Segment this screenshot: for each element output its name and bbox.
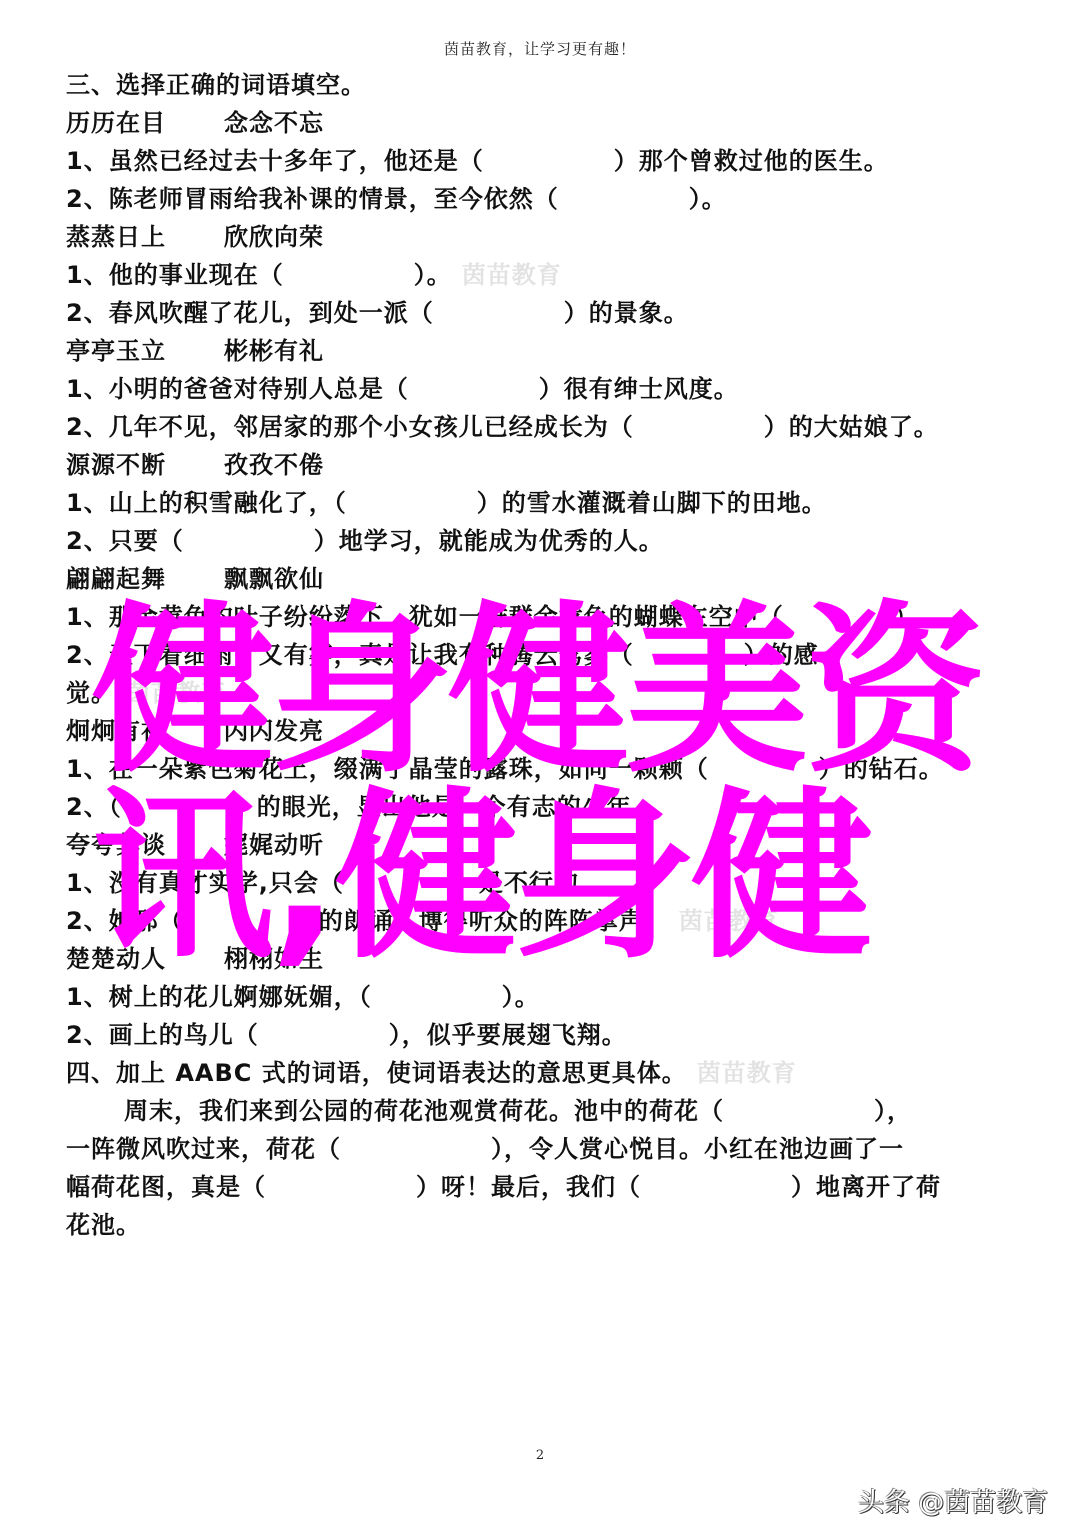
word-option: 飘飘欲仙 — [224, 560, 324, 598]
sentence-after-blank: ）的朗诵，博得听众的阵阵掌声。 — [294, 907, 669, 935]
fill-blank-sentence: 觉。茵苗教育 — [66, 674, 1026, 712]
fill-blank-sentence: 2、春风吹醒了花儿，到处一派（）的景象。 — [66, 294, 1026, 332]
section-4-title-text: 四、加上 AABC 式的词语，使词语表达的意思更具体。 — [66, 1059, 687, 1087]
sentence-after-blank: ）的感 — [744, 641, 819, 669]
sentence-before-blank: 2、几年不见，邻居家的那个小女孩儿已经成长为（ — [66, 413, 634, 441]
sentence-after-blank: ）的钻石。 — [819, 755, 944, 783]
watermark-text: 茵苗教育 — [697, 1059, 797, 1087]
word-option: 娓娓动听 — [224, 826, 324, 864]
watermark-text: 茵苗教育 — [126, 679, 226, 707]
word-option: 欣欣向荣 — [224, 218, 324, 256]
toutiao-watermark: 头条 @茵苗教育 — [858, 1482, 1048, 1519]
sentence-before-blank: 1、虽然已经过去十多年了，他还是（ — [66, 147, 484, 175]
section-4-paragraph: 周末，我们来到公园的荷花池观赏荷花。池中的荷花（ ）， 一阵微风吹过来，荷花（ … — [66, 1092, 1018, 1244]
word-option: 孜孜不倦 — [224, 446, 324, 484]
paragraph-line: 一阵微风吹过来，荷花（ ），令人赏心悦目。小红在池边画了一 — [66, 1130, 1018, 1168]
fill-blank-sentence: 2、她那（）的朗诵，博得听众的阵阵掌声。茵苗教育 — [66, 902, 1026, 940]
sentence-before-blank: 2、天下着细雨，又有雾，真是让我有种腾云驾雾（ — [66, 641, 634, 669]
sentence-before-blank: 2、陈老师冒雨给我补课的情景，至今依然（ — [66, 185, 559, 213]
sentence-after-blank: ）。 — [414, 261, 452, 289]
fill-blank-sentence: 1、在一朵紫色菊花上，缀满了晶莹的露珠，如同一颗颗（）的钻石。 — [66, 750, 1026, 788]
sentence-after-blank: ）地学习，就能成为优秀的人。 — [314, 527, 664, 555]
sentence-after-blank: ）的景象。 — [564, 299, 689, 327]
sentence-after-blank: ）。 — [894, 603, 932, 631]
sentence-before-blank: 2、（ — [66, 793, 122, 821]
watermark-text: 茵苗教育 — [462, 261, 562, 289]
fill-blank-sentence: 2、天下着细雨，又有雾，真是让我有种腾云驾雾（）的感 — [66, 636, 1026, 674]
sentence-after-blank: ）是不行的。 — [454, 869, 604, 897]
paragraph-line: 花池。 — [66, 1206, 1018, 1244]
watermark-text: 茵苗教育 — [679, 907, 779, 935]
sentence-before-blank: 2、只要（ — [66, 527, 184, 555]
page-number: 2 — [0, 1448, 1080, 1463]
sentence-after-blank: ），似乎要展翅飞翔。 — [389, 1021, 627, 1049]
fill-blank-sentence: 2、画上的鸟儿（），似乎要展翅飞翔。 — [66, 1016, 1026, 1054]
page-header-slogan: 茵苗教育，让学习更有趣！ — [0, 38, 1080, 59]
word-option: 彬彬有礼 — [224, 332, 324, 370]
fill-blank-sentence: 1、山上的积雪融化了，（）的雪水灌溉着山脚下的田地。 — [66, 484, 1026, 522]
word-option: 亭亭玉立 — [66, 337, 166, 365]
word-option: 楚楚动人 — [66, 945, 166, 973]
sentence-after-blank: ）的雪水灌溉着山脚下的田地。 — [477, 489, 827, 517]
section-4-title: 四、加上 AABC 式的词语，使词语表达的意思更具体。茵苗教育 — [66, 1054, 1026, 1092]
word-option: 历历在目 — [66, 109, 166, 137]
fill-blank-sentence: 1、小明的爸爸对待别人总是（）很有绅士风度。 — [66, 370, 1026, 408]
fill-blank-sentence: 1、树上的花儿婀娜妩媚，（）。 — [66, 978, 1026, 1016]
fill-blank-sentence: 2、只要（）地学习，就能成为优秀的人。 — [66, 522, 1026, 560]
sentence-before-blank: 1、在一朵紫色菊花上，缀满了晶莹的露珠，如同一颗颗（ — [66, 755, 709, 783]
word-option: 蒸蒸日上 — [66, 223, 166, 251]
word-groups: 历历在目念念不忘1、虽然已经过去十多年了，他还是（）那个曾救过他的医生。2、陈老… — [66, 104, 1026, 1054]
paragraph-line: 幅荷花图，真是（ ）呀！最后，我们（ ）地离开了荷 — [66, 1168, 1018, 1206]
fill-blank-sentence: 2、（）的眼光，显出他是一个有志的少年。 — [66, 788, 1026, 826]
word-pair: 蒸蒸日上欣欣向荣 — [66, 218, 1026, 256]
word-pair: 源源不断孜孜不倦 — [66, 446, 1026, 484]
sentence-after-blank: ）。 — [502, 983, 540, 1011]
word-pair: 夸夸其谈娓娓动听 — [66, 826, 1026, 864]
word-option: 夸夸其谈 — [66, 831, 166, 859]
sentence-before-blank: 1、树上的花儿婀娜妩媚，（ — [66, 983, 372, 1011]
word-pair: 炯炯有神闪闪发亮 — [66, 712, 1026, 750]
fill-blank-sentence: 2、陈老师冒雨给我补课的情景，至今依然（）。 — [66, 180, 1026, 218]
word-pair: 翩翩起舞飘飘欲仙 — [66, 560, 1026, 598]
sentence-before-blank: 1、他的事业现在（ — [66, 261, 284, 289]
sentence-after-blank: ）很有绅士风度。 — [539, 375, 739, 403]
word-pair: 历历在目念念不忘 — [66, 104, 1026, 142]
sentence-after-blank: ）。 — [689, 185, 727, 213]
fill-blank-sentence: 1、虽然已经过去十多年了，他还是（）那个曾救过他的医生。 — [66, 142, 1026, 180]
fill-blank-sentence: 1、那金黄色的叶子纷纷落下，犹如一群群金黄色的蝴蝶在空中（）。 — [66, 598, 1026, 636]
fill-blank-sentence: 1、没有真才实学,只会（）是不行的。 — [66, 864, 1026, 902]
fill-blank-sentence: 1、他的事业现在（）。茵苗教育 — [66, 256, 1026, 294]
sentence-before-blank: 2、春风吹醒了花儿，到处一派（ — [66, 299, 434, 327]
sentence-before-blank: 1、山上的积雪融化了，（ — [66, 489, 347, 517]
word-option: 翩翩起舞 — [66, 565, 166, 593]
worksheet-content: 三、选择正确的词语填空。 历历在目念念不忘1、虽然已经过去十多年了，他还是（）那… — [66, 66, 1026, 1244]
word-option: 栩栩如生 — [224, 940, 324, 978]
sentence-before-blank: 觉。 — [66, 679, 116, 707]
sentence-before-blank: 1、没有真才实学,只会（ — [66, 869, 344, 897]
section-3-title: 三、选择正确的词语填空。 — [66, 66, 1026, 104]
word-option: 闪闪发亮 — [224, 712, 324, 750]
sentence-before-blank: 1、小明的爸爸对待别人总是（ — [66, 375, 409, 403]
sentence-after-blank: ）的眼光，显出他是一个有志的少年。 — [232, 793, 657, 821]
sentence-before-blank: 1、那金黄色的叶子纷纷落下，犹如一群群金黄色的蝴蝶在空中（ — [66, 603, 784, 631]
word-option: 源源不断 — [66, 451, 166, 479]
sentence-after-blank: ）的大姑娘了。 — [764, 413, 939, 441]
fill-blank-sentence: 2、几年不见，邻居家的那个小女孩儿已经成长为（）的大姑娘了。 — [66, 408, 1026, 446]
word-option: 炯炯有神 — [66, 717, 166, 745]
word-pair: 楚楚动人栩栩如生 — [66, 940, 1026, 978]
sentence-after-blank: ）那个曾救过他的医生。 — [614, 147, 889, 175]
paragraph-line: 周末，我们来到公园的荷花池观赏荷花。池中的荷花（ ）， — [66, 1092, 1018, 1130]
word-option: 念念不忘 — [224, 104, 324, 142]
sentence-before-blank: 2、她那（ — [66, 907, 184, 935]
word-pair: 亭亭玉立彬彬有礼 — [66, 332, 1026, 370]
sentence-before-blank: 2、画上的鸟儿（ — [66, 1021, 259, 1049]
